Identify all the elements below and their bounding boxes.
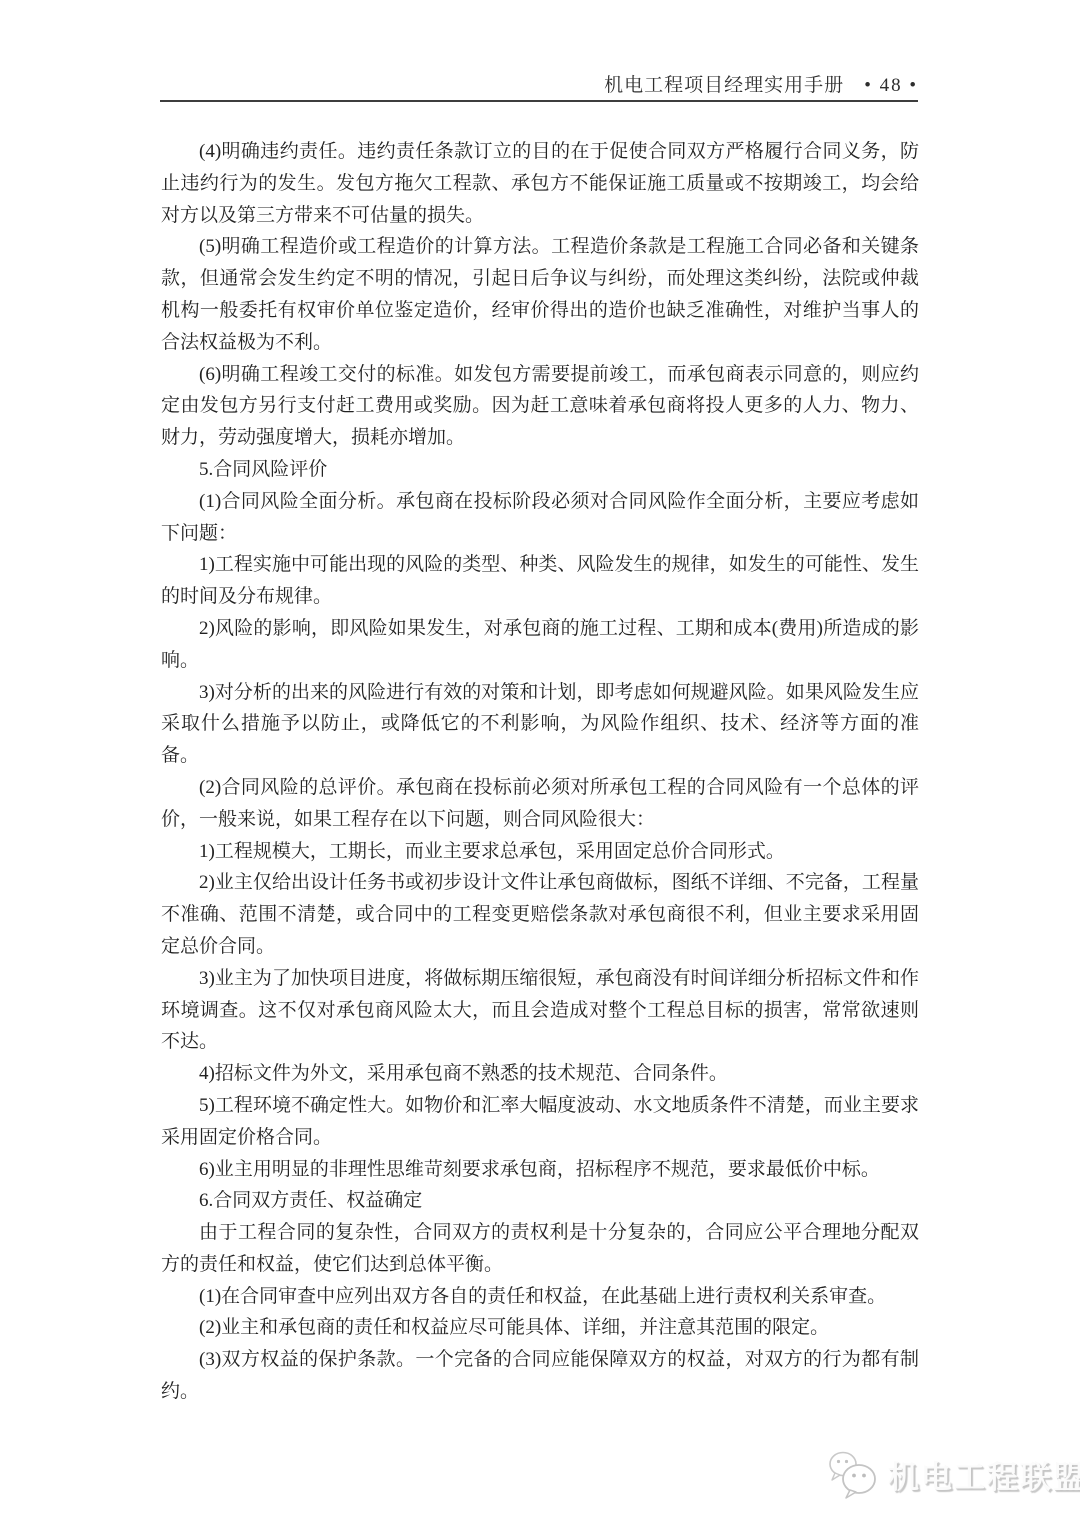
paragraph: 6)业主用明显的非理性思维苛刻要求承包商，招标程序不规范，要求最低价中标。 — [161, 1154, 919, 1186]
paragraph: (5)明确工程造价或工程造价的计算方法。工程造价条款是工程施工合同必备和关键条款… — [161, 231, 919, 358]
paragraph: 1)工程实施中可能出现的风险的类型、种类、风险发生的规律，如发生的可能性、发生的… — [161, 549, 919, 613]
paragraph: 1)工程规模大，工期长，而业主要求总承包，采用固定总价合同形式。 — [161, 836, 919, 868]
paragraph: 由于工程合同的复杂性，合同双方的责权利是十分复杂的，合同应公平合理地分配双方的责… — [161, 1217, 919, 1281]
paragraph: (6)明确工程竣工交付的标准。如发包方需要提前竣工，而承包商表示同意的，则应约定… — [161, 359, 919, 454]
paragraph: 3)业主为了加快项目进度，将做标期压缩很短，承包商没有时间详细分析招标文件和作环… — [161, 963, 919, 1058]
paragraph: 2)风险的影响，即风险如果发生，对承包商的施工过程、工期和成本(费用)所造成的影… — [161, 613, 919, 677]
paragraph: (4)明确违约责任。违约责任条款订立的目的在于促使合同双方严格履行合同义务，防止… — [161, 136, 919, 231]
section-heading: 6.合同双方责任、权益确定 — [161, 1185, 919, 1217]
publisher-watermark: 机电工程联盟 — [826, 1448, 1080, 1500]
running-head-title: 机电工程项目经理实用手册 — [604, 75, 844, 96]
paragraph: (2)合同风险的总评价。承包商在投标前必须对所承包工程的合同风险有一个总体的评价… — [161, 772, 919, 836]
paragraph: (1)在合同审查中应列出双方各自的责任和权益，在此基础上进行责权利关系审查。 — [161, 1281, 919, 1313]
paragraph: 2)业主仅给出设计任务书或初步设计文件让承包商做标，图纸不详细、不完备，工程量不… — [161, 867, 919, 962]
section-heading: 5.合同风险评价 — [161, 454, 919, 486]
page-number: • 48 • — [864, 75, 918, 96]
header-divider-line — [160, 100, 918, 102]
watermark-label: 机电工程联盟 — [888, 1452, 1080, 1497]
page-header: 机电工程项目经理实用手册• 48 • — [161, 70, 918, 97]
document-page: 机电工程项目经理实用手册• 48 • (4)明确违约责任。违约责任条款订立的目的… — [0, 0, 1080, 1527]
wechat-logo-icon — [826, 1448, 880, 1500]
document-body: (4)明确违约责任。违约责任条款订立的目的在于促使合同双方严格履行合同义务，防止… — [161, 136, 919, 1408]
paragraph: 3)对分析的出来的风险进行有效的对策和计划，即考虑如何规避风险。如果风险发生应采… — [161, 677, 919, 772]
paragraph: 4)招标文件为外文，采用承包商不熟悉的技术规范、合同条件。 — [161, 1058, 919, 1090]
paragraph: 5)工程环境不确定性大。如物价和汇率大幅度波动、水文地质条件不清楚，而业主要求采… — [161, 1090, 919, 1154]
paragraph: (3)双方权益的保护条款。一个完备的合同应能保障双方的权益，对双方的行为都有制约… — [161, 1344, 919, 1408]
paragraph: (1)合同风险全面分析。承包商在投标阶段必须对合同风险作全面分析，主要应考虑如下… — [161, 486, 919, 550]
paragraph: (2)业主和承包商的责任和权益应尽可能具体、详细，并注意其范围的限定。 — [161, 1312, 919, 1344]
